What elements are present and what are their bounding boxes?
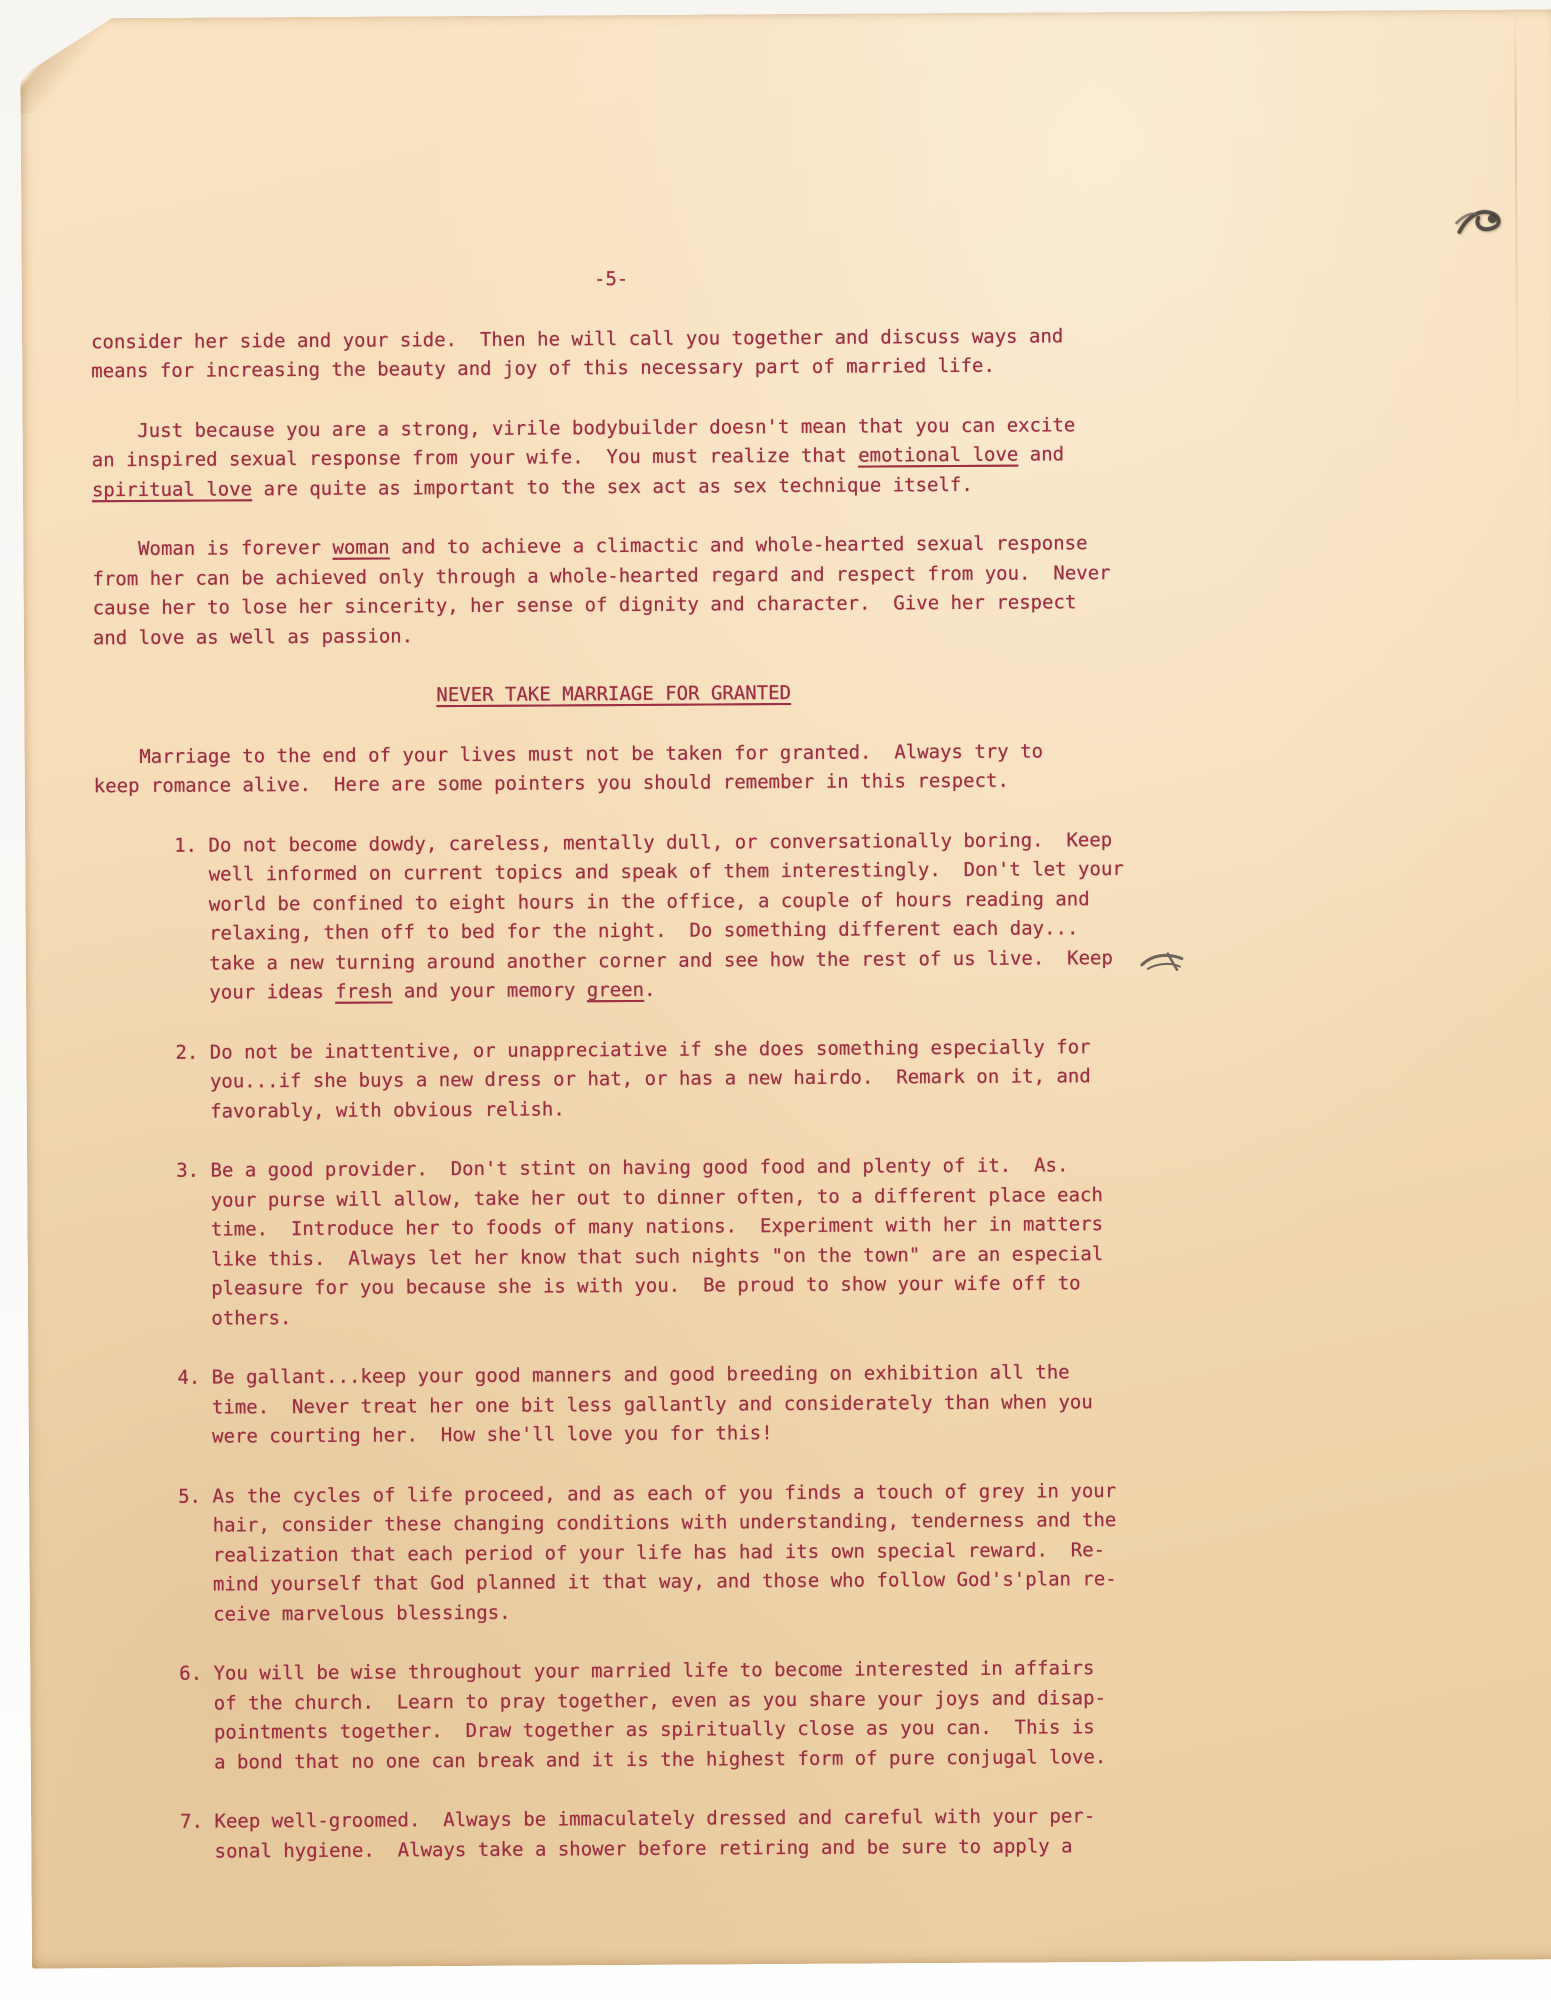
paragraph: Just because you are a strong, virile bo… xyxy=(91,410,1172,505)
paragraph: Marriage to the end of your lives must n… xyxy=(93,736,1173,802)
text-line: your ideas fresh and your memory green. xyxy=(95,973,1175,1009)
folded-corner xyxy=(20,18,151,114)
text-line: keep romance alive. Here are some pointe… xyxy=(94,766,1174,802)
numbered-item: 1. Do not become dowdy, careless, mental… xyxy=(94,825,1175,1009)
heading: NEVER TAKE MARRIAGE FOR GRANTED xyxy=(93,677,1134,713)
text-line: ceive marvelous blessings. xyxy=(99,1594,1179,1630)
document-page: -5-consider her side and your side. Then… xyxy=(20,9,1551,1968)
typewritten-text: -5-consider her side and your side. Then… xyxy=(91,262,1181,1868)
numbered-item: 4. Be gallant...keep your good manners a… xyxy=(97,1358,1178,1453)
text-line: and love as well as passion. xyxy=(93,617,1173,653)
text-line: were courting her. How she'll love you f… xyxy=(98,1417,1178,1453)
text-line: NEVER TAKE MARRIAGE FOR GRANTED xyxy=(93,677,1134,713)
paragraph: consider her side and your side. Then he… xyxy=(91,321,1171,387)
numbered-item: 6. You will be wise throughout your marr… xyxy=(99,1654,1180,1779)
numbered-item: 2. Do not be inattentive, or unappreciat… xyxy=(95,1032,1176,1127)
text-line: sonal hygiene. Always take a shower befo… xyxy=(100,1831,1180,1867)
numbered-item: 3. Be a good provider. Don't stint on ha… xyxy=(96,1151,1177,1335)
numbered-item: 7. Keep well-groomed. Always be immacula… xyxy=(100,1802,1180,1868)
staple-icon xyxy=(1449,192,1511,254)
text-line: others. xyxy=(97,1298,1177,1334)
paper-crease xyxy=(1514,10,1519,450)
text-line: -5- xyxy=(91,262,1132,298)
text-line: means for increasing the beauty and joy … xyxy=(91,351,1171,387)
text-line: favorably, with obvious relish. xyxy=(96,1091,1176,1127)
numbered-item: 5. As the cycles of life proceed, and as… xyxy=(98,1476,1179,1630)
text-line: a bond that no one can break and it is t… xyxy=(100,1742,1180,1778)
paragraph: Woman is forever woman and to achieve a … xyxy=(92,529,1173,654)
text-line: spiritual love are quite as important to… xyxy=(92,469,1172,505)
page-number: -5- xyxy=(91,262,1132,298)
